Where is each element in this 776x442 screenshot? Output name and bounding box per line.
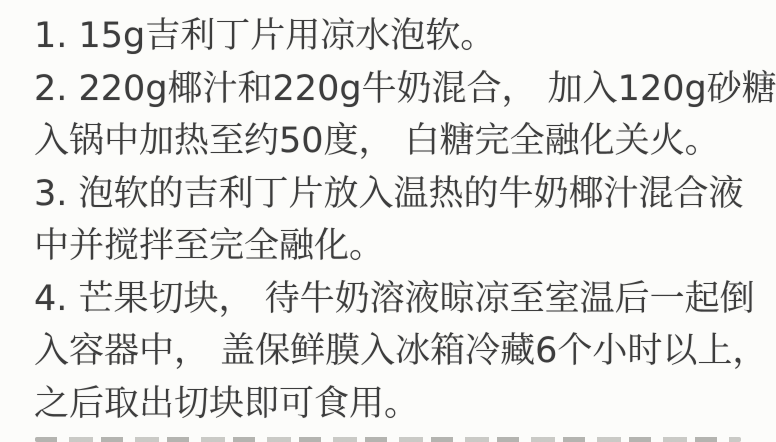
recipe-page: 1. 15g吉利丁片用凉水泡软。 2. 220g椰汁和220g牛奶混合， 加入1… [0,0,776,442]
recipe-step-3-line-2: 中并搅拌至完全融化。 [34,220,752,273]
recipe-step-1-line-1: 1. 15g吉利丁片用凉水泡软。 [34,10,752,63]
recipe-step-4-line-1: 4. 芒果切块， 待牛奶溶液晾凉至室温后一起倒 [34,273,752,326]
recipe-text-block: 1. 15g吉利丁片用凉水泡软。 2. 220g椰汁和220g牛奶混合， 加入1… [34,10,752,430]
recipe-step-2-line-1: 2. 220g椰汁和220g牛奶混合， 加入120g砂糖倒 [34,63,752,116]
recipe-step-2-line-2: 入锅中加热至约50度， 白糖完全融化关火。 [34,115,752,168]
recipe-step-4-line-3: 之后取出切块即可食用。 [34,378,752,431]
cutoff-next-line-band [35,437,741,442]
recipe-step-4-line-2: 入容器中， 盖保鲜膜入冰箱冷藏6个小时以上， [34,325,752,378]
recipe-step-3-line-1: 3. 泡软的吉利丁片放入温热的牛奶椰汁混合液 [34,168,752,221]
